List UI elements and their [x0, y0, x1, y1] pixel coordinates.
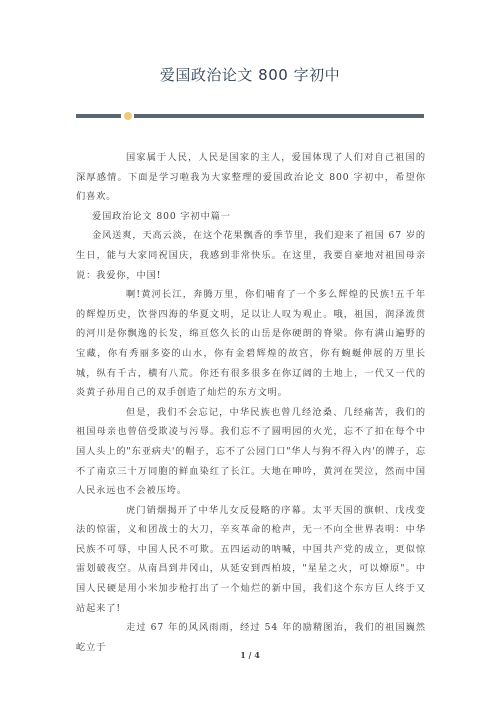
body-paragraph: 虎门销烟揭开了中华儿女反侵略的序幕。太平天国的旗帜、戊戌变法的惊雷，义和团战士的… — [76, 501, 426, 619]
title-divider — [76, 114, 424, 118]
body-paragraph: 啊!黄河长江，奔腾万里，你们哺育了一个多么辉煌的民族!五千年的辉煌历史，饮誉四海… — [76, 285, 426, 403]
page-title: 爱国政治论文 800 字初中 — [0, 64, 500, 85]
section-heading: 爱国政治论文 800 字初中篇一 — [76, 207, 426, 227]
body-paragraph: 金风送爽，天高云淡，在这个花果飘香的季节里，我们迎来了祖国 67 岁的生日，能与… — [76, 226, 426, 285]
body-paragraph: 但是，我们不会忘记，中华民族也曾几经沧桑、几经痛苦，我们的祖国母亲也曾倍受欺凌与… — [76, 403, 426, 501]
divider-bar-right — [134, 114, 424, 118]
divider-dot-icon — [124, 112, 132, 120]
intro-paragraph: 国家属于人民，人民是国家的主人，爱国体现了人们对自己祖国的深厚感情。下面是学习啦… — [76, 148, 426, 207]
divider-bar-left — [76, 114, 121, 118]
article-body: 国家属于人民，人民是国家的主人，爱国体现了人们对自己祖国的深厚感情。下面是学习啦… — [76, 148, 426, 657]
page-indicator: 1 / 4 — [0, 650, 500, 660]
